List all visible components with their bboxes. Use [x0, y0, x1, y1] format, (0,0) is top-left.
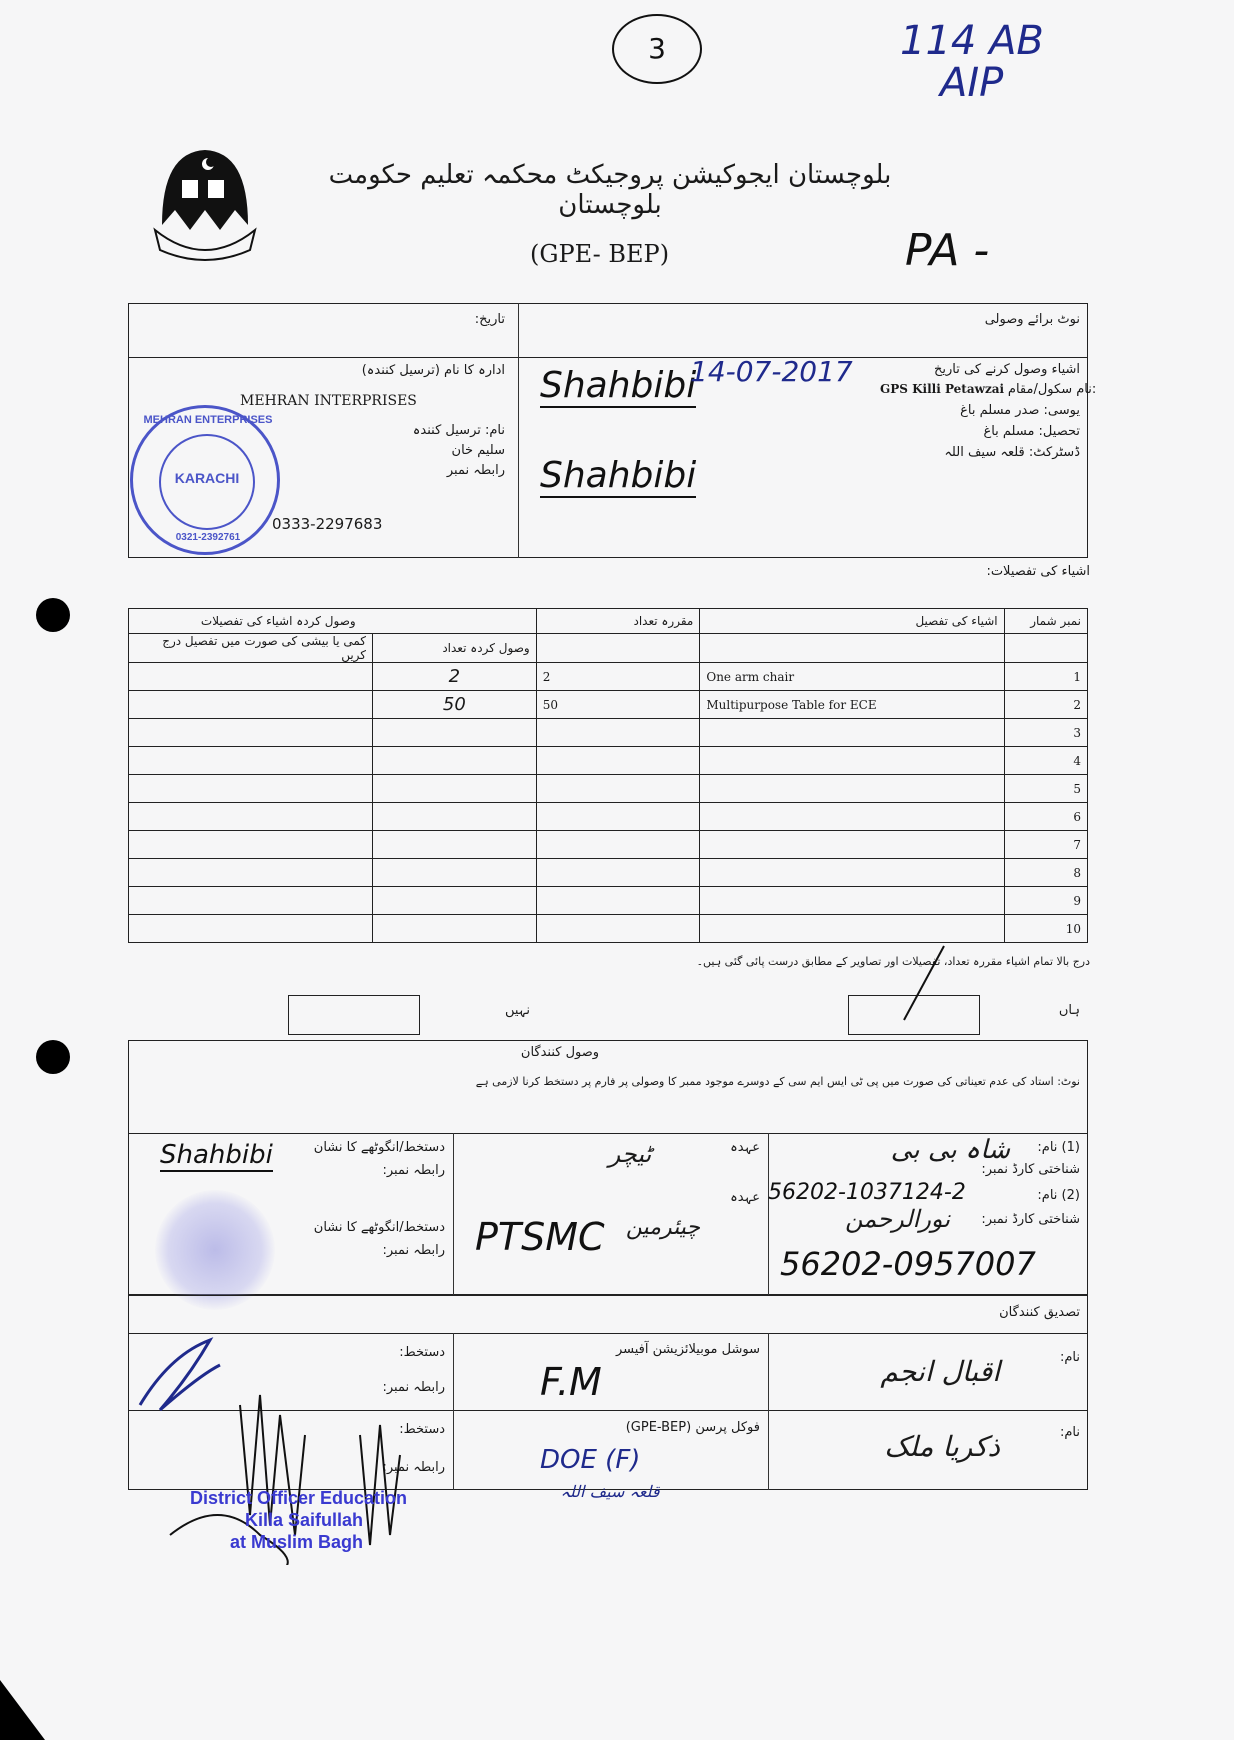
description-cell: [700, 859, 1004, 887]
corner-note: 114 AB AIP: [900, 20, 1044, 104]
divider: [518, 303, 519, 558]
stamp-top-text: MEHRAN ENTERPRISES: [139, 414, 277, 426]
receiver2-designation-value: PTSMC: [475, 1215, 605, 1259]
table-row: 4: [129, 747, 1088, 775]
header-quantity: مقررہ تعداد: [536, 609, 700, 634]
description-cell: [700, 719, 1004, 747]
header-subtitle: (GPE- BEP): [530, 240, 669, 268]
receivers-note: نوٹ: استاد کی عدم تعیناتی کی صورت میں پی…: [430, 1075, 1080, 1088]
serial-cell: 5: [1004, 775, 1087, 803]
page-number-circle: 3: [612, 14, 702, 84]
description-cell: [700, 775, 1004, 803]
verifier1-name-label: نام:: [1040, 1350, 1080, 1365]
check-mark-icon: [849, 996, 981, 1036]
items-table-body: 22One arm chair15050Multipurpose Table f…: [129, 663, 1088, 943]
table-row: 10: [129, 915, 1088, 943]
description-cell: One arm chair: [700, 663, 1004, 691]
school-row: GPS Killi Petawzai نام سکول/مقام:: [880, 382, 1080, 397]
remarks-cell: [129, 859, 373, 887]
yes-label: ہاں: [1050, 1003, 1080, 1018]
received-qty-cell: [373, 747, 537, 775]
official-stamp-line1: District Officer Education: [190, 1487, 407, 1509]
punch-hole-top: [36, 598, 70, 632]
receiver1-contact-label: رابطہ نمبر:: [310, 1163, 445, 1178]
description-cell: [700, 915, 1004, 943]
quantity-cell: [536, 747, 700, 775]
supplier-name-label: نام: ترسیل کنندہ: [360, 423, 505, 438]
stamp-center-text: KARACHI: [161, 470, 253, 486]
quantity-cell: [536, 859, 700, 887]
items-table: وصول کردہ اشیاء کی تفصیلات مقررہ تعداد ا…: [128, 608, 1088, 943]
received-qty-cell: [373, 831, 537, 859]
header-empty: [700, 634, 1004, 663]
table-row: 5050Multipurpose Table for ECE2: [129, 691, 1088, 719]
receiver2-name-label: (2) نام:: [1020, 1188, 1080, 1203]
header-remarks: کمی یا بیشی کی صورت میں تفصیل درج کریں: [129, 634, 373, 663]
description-cell: Multipurpose Table for ECE: [700, 691, 1004, 719]
supplier-stamp: MEHRAN ENTERPRISES KARACHI 0321-2392761: [130, 405, 280, 555]
district-label: ڈسٹرکٹ: قلعہ سیف اللہ: [900, 445, 1080, 460]
verifiers-title: تصدیق کنندگان: [950, 1305, 1080, 1320]
receiver1-cnic-label: شناختی کارڈ نمبر:: [960, 1162, 1080, 1177]
supplier-contact-label: رابطہ نمبر: [360, 463, 505, 478]
school-value: GPS Killi Petawzai: [880, 382, 1004, 396]
divider: [453, 1133, 454, 1295]
received-qty-cell: 2: [373, 663, 537, 691]
quantity-cell: [536, 915, 700, 943]
verifier2-role-value2: قلعہ سیف اللہ: [540, 1482, 680, 1501]
quantity-cell: [536, 803, 700, 831]
divider: [768, 1133, 769, 1295]
remarks-cell: [129, 803, 373, 831]
no-checkbox[interactable]: [288, 995, 420, 1035]
description-cell: [700, 831, 1004, 859]
remarks-cell: [129, 775, 373, 803]
received-qty-cell: 50: [373, 691, 537, 719]
header-description: اشیاء کی تفصیل: [700, 609, 1004, 634]
uc-label: یوسی: صدر مسلم باغ: [900, 403, 1080, 418]
description-cell: [700, 747, 1004, 775]
quantity-cell: [536, 831, 700, 859]
handwritten-mark: PA -: [905, 225, 989, 276]
received-qty-cell: [373, 859, 537, 887]
verifier1-role-label: سوشل موبیلائزیشن آفیسر: [560, 1342, 760, 1357]
receiver1-designation-value: ٹیچر: [580, 1140, 680, 1168]
receivers-title: وصول کنندگان: [480, 1045, 640, 1060]
supplier-org-label: ادارہ کا نام (ترسیل کنندہ): [300, 363, 505, 378]
quantity-cell: [536, 887, 700, 915]
header-serial: نمبر شمار: [1004, 609, 1087, 634]
supplier-contact-value: 0333-2297683: [272, 515, 382, 533]
divider: [128, 1333, 1088, 1334]
serial-cell: 2: [1004, 691, 1087, 719]
description-cell: [700, 803, 1004, 831]
corner-note-line1: 114 AB: [900, 20, 1044, 62]
supplier-name-value: سلیم خان: [360, 443, 505, 458]
serial-cell: 8: [1004, 859, 1087, 887]
quantity-cell: [536, 775, 700, 803]
receipt-date-value: 14-07-2017: [690, 355, 853, 388]
signature-2: Shahbibi: [540, 455, 696, 498]
verifier2-role-value: DOE (F): [540, 1445, 640, 1475]
table-row: 6: [129, 803, 1088, 831]
receiver2-designation-label: عہدہ: [700, 1190, 760, 1205]
quantity-cell: 2: [536, 663, 700, 691]
verifier2-name-value: ذکریا ملک: [840, 1430, 1000, 1463]
serial-cell: 9: [1004, 887, 1087, 915]
received-qty-cell: [373, 915, 537, 943]
table-row: 5: [129, 775, 1088, 803]
receiver2-cnic-value: 56202-0957007: [780, 1245, 1036, 1283]
verifier2-role-label: فوکل پرسن (GPE-BEP): [560, 1420, 760, 1435]
receiver-signature: Shahbibi: [160, 1140, 273, 1172]
divider: [768, 1333, 769, 1490]
page-number: 3: [648, 32, 666, 65]
header-title: بلوچستان ایجوکیشن پروجیکٹ محکمہ تعلیم حک…: [310, 160, 910, 220]
table-row: 3: [129, 719, 1088, 747]
description-cell: [700, 887, 1004, 915]
punch-hole-bottom: [36, 1040, 70, 1074]
supplier-org-value: MEHRAN INTERPRISES: [240, 393, 417, 409]
table-row: 8: [129, 859, 1088, 887]
receiver2-designation-extra: چیئرمین: [640, 1215, 700, 1240]
serial-cell: 10: [1004, 915, 1087, 943]
header-empty: [1004, 634, 1087, 663]
received-qty-cell: [373, 803, 537, 831]
remarks-cell: [129, 747, 373, 775]
signature-1: Shahbibi: [540, 365, 696, 408]
receiver2-contact-label: رابطہ نمبر:: [310, 1243, 445, 1258]
confirmation-statement: درج بالا تمام اشیاء مقررہ تعداد، تفصیلات…: [560, 955, 1090, 968]
divider: [128, 1133, 1088, 1134]
balochistan-govt-emblem-icon: [150, 140, 260, 265]
receiver1-name-label: (1) نام:: [1020, 1140, 1080, 1155]
date-label: تاریخ:: [400, 312, 505, 327]
tehsil-label: تحصیل: مسلم باغ: [900, 424, 1080, 439]
remarks-cell: [129, 663, 373, 691]
corner-note-line2: AIP: [900, 62, 1044, 104]
items-section-title: اشیاء کی تفصیلات:: [900, 564, 1090, 579]
official-stamp-line3: at Muslim Bagh: [190, 1531, 407, 1553]
received-qty-cell: [373, 719, 537, 747]
serial-cell: 6: [1004, 803, 1087, 831]
remarks-cell: [129, 915, 373, 943]
receiver1-designation-label: عہدہ: [700, 1140, 760, 1155]
receipt-date-label: اشیاء وصول کرنے کی تاریخ: [900, 362, 1080, 377]
yes-checkbox[interactable]: [848, 995, 980, 1035]
received-qty-cell: [373, 887, 537, 915]
remarks-cell: [129, 691, 373, 719]
official-stamp-line2: Killa Saifullah: [190, 1509, 407, 1531]
serial-cell: 7: [1004, 831, 1087, 859]
table-row: 7: [129, 831, 1088, 859]
verifier1-role-value: F.M: [540, 1360, 602, 1404]
serial-cell: 3: [1004, 719, 1087, 747]
receiver1-cnic-value: 56202-1037124-2: [768, 1180, 966, 1205]
receiver1-name-value: شاہ بی بی: [840, 1135, 1010, 1165]
verifier2-name-label: نام:: [1040, 1425, 1080, 1440]
no-label: نہیں: [490, 1003, 530, 1018]
receiver2-name-value: نورالرحمن: [800, 1205, 950, 1233]
quantity-cell: 50: [536, 691, 700, 719]
header-received-details: وصول کردہ اشیاء کی تفصیلات: [129, 609, 537, 634]
table-row: 9: [129, 887, 1088, 915]
receipt-note-label: نوٹ برائے وصولی: [880, 312, 1080, 327]
table-row: 22One arm chair1: [129, 663, 1088, 691]
serial-cell: 1: [1004, 663, 1087, 691]
serial-cell: 4: [1004, 747, 1087, 775]
header-received-qty: وصول کردہ تعداد: [373, 634, 537, 663]
receiver2-sign-label: دستخط/انگوٹھے کا نشان: [310, 1220, 445, 1235]
remarks-cell: [129, 887, 373, 915]
scan-corner-shadow: [0, 1680, 45, 1740]
divider: [128, 357, 1088, 358]
stamp-bottom-text: 0321-2392761: [153, 532, 263, 543]
remarks-cell: [129, 831, 373, 859]
school-label: نام سکول/مقام:: [1008, 382, 1096, 397]
divider: [453, 1333, 454, 1490]
official-stamp: District Officer Education Killa Saifull…: [190, 1487, 407, 1553]
thumbprint: [155, 1190, 275, 1310]
received-qty-cell: [373, 775, 537, 803]
header-empty: [536, 634, 700, 663]
receiver1-sign-label: دستخط/انگوٹھے کا نشان: [310, 1140, 445, 1155]
receiver2-cnic-label: شناختی کارڈ نمبر:: [960, 1212, 1080, 1227]
verifier1-name-value: اقبال انجم: [820, 1355, 1000, 1388]
quantity-cell: [536, 719, 700, 747]
remarks-cell: [129, 719, 373, 747]
